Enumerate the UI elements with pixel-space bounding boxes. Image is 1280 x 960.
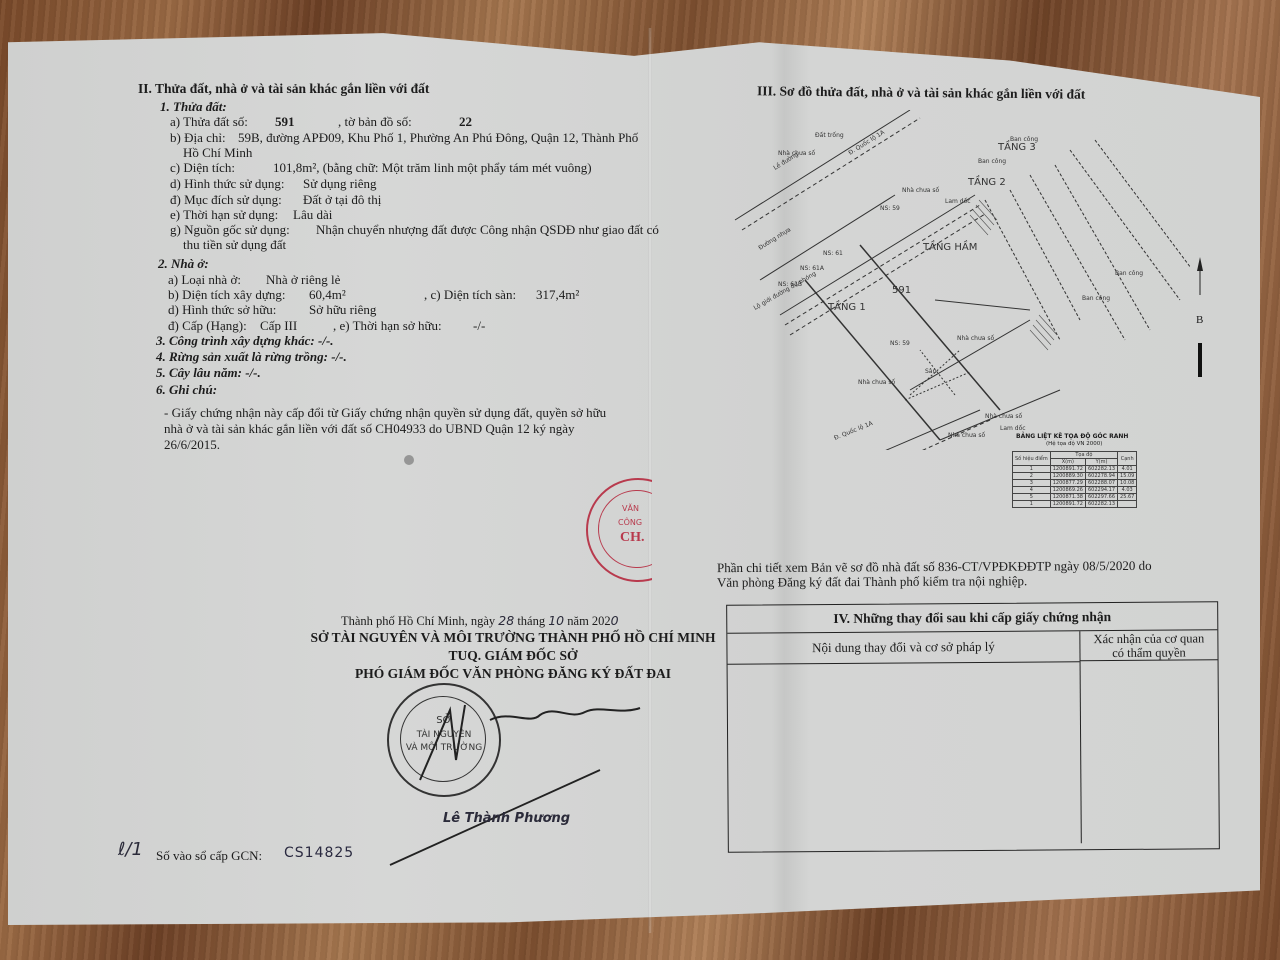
origin-label: g) Nguồn gốc sử dụng: xyxy=(170,222,290,237)
grade-label: đ) Cấp (Hạng): xyxy=(168,318,247,333)
area-value: 101,8m², (bằng chữ: Một trăm linh một ph… xyxy=(273,160,592,175)
parcel-label: a) Thửa đất số: xyxy=(170,114,248,129)
col-point: Số hiệu điểm xyxy=(1013,452,1051,466)
own-term-label: , e) Thời hạn sở hữu: xyxy=(333,318,442,333)
floor-area-value: 317,4m² xyxy=(536,287,579,302)
label-ns61: NS: 61 xyxy=(823,250,843,257)
usage-form-value: Sử dụng riêng xyxy=(303,176,377,191)
other-works: 3. Công trình xây dựng khác: -/-. xyxy=(156,333,334,348)
col-x: X(m) xyxy=(1050,459,1085,466)
label-house-6: Nhà chưa số xyxy=(948,432,985,439)
house-type-label: a) Loại nhà ở: xyxy=(168,272,241,287)
section-2-title: II. Thửa đất, nhà ở và tài sản khác gắn … xyxy=(138,81,429,96)
parcel-number: 591 xyxy=(275,114,295,129)
red-stamp-line-1: VĂN xyxy=(622,504,639,513)
registry-label: Số vào sổ cấp GCN: xyxy=(156,848,262,863)
on-behalf-of: TUQ. GIÁM ĐỐC SỞ xyxy=(297,648,729,663)
date-prefix: Thành phố Hồ Chí Minh, ngày xyxy=(341,614,495,628)
build-area-value: 60,4m² xyxy=(309,287,346,302)
label-balcony-4: Ban công xyxy=(1115,270,1143,277)
map-label: , tờ bản đồ số: xyxy=(338,114,412,129)
coord-row: 11200891.72602282.134.01 xyxy=(1013,466,1137,473)
label-ramp-1: Lam dốc xyxy=(945,198,971,205)
purpose-label: đ) Mục đích sử dụng: xyxy=(170,192,282,207)
coord-row: 41200869.26602294.174.03 xyxy=(1013,487,1137,494)
date-year-label: năm 202 xyxy=(567,614,610,628)
ink-spot xyxy=(404,455,414,465)
detail-note-line-1: Phần chi tiết xem Bản vẽ sơ đồ nhà đất s… xyxy=(717,558,1152,575)
address-line-2: Hồ Chí Minh xyxy=(183,145,252,160)
label-house-2: Nhà chưa số xyxy=(902,187,939,194)
floor-area-label: , c) Diện tích sàn: xyxy=(424,287,516,302)
col2-line-1: Xác nhận của cơ quan xyxy=(1080,631,1217,646)
label-balcony-1: Ban công xyxy=(978,158,1006,165)
usage-form-label: d) Hình thức sử dụng: xyxy=(170,176,284,191)
col-y: Y(m) xyxy=(1085,459,1117,466)
own-term-value: -/- xyxy=(473,318,485,333)
term-value: Lâu dài xyxy=(293,207,332,222)
label-basement: TẦNG HẦM xyxy=(922,239,977,253)
map-number: 22 xyxy=(459,114,472,129)
signature-date: Thành phố Hồ Chí Minh, ngày 28 tháng 10 … xyxy=(341,613,619,629)
signer-position: PHÓ GIÁM ĐỐC VĂN PHÒNG ĐĂNG KÝ ĐẤT ĐAI xyxy=(297,666,729,681)
handwritten-signature xyxy=(380,690,680,870)
purpose-value: Đất ở tại đô thị xyxy=(303,192,381,207)
coord-row: 31200877.29602288.0710.08 xyxy=(1013,480,1137,487)
build-area-label: b) Diện tích xây dựng: xyxy=(168,287,286,302)
red-stamp-line-3: CH. xyxy=(620,530,645,546)
col2-line-2: có thẩm quyền xyxy=(1080,645,1217,660)
col-edge: Cạnh xyxy=(1118,452,1137,466)
detail-note-line-2: Văn phòng Đăng ký đất đai Thành phố kiểm… xyxy=(717,573,1027,590)
label-house-5: Nhà chưa số xyxy=(985,413,1022,420)
col-change-content: Nội dung thay đổi và cơ sở pháp lý xyxy=(727,631,1079,664)
coord-row: 51200871.38602297.6625.67 xyxy=(1013,494,1137,501)
date-year-hand: 0 xyxy=(611,613,619,628)
notes-heading: 6. Ghi chú: xyxy=(156,382,217,397)
site-plan-diagram: 591 TẦNG 1 TẦNG 2 TẦNG 3 TẦNG HẦM Nhà ch… xyxy=(730,110,1190,450)
label-balcony-2: Ban công xyxy=(1010,136,1038,143)
registry-initial: ℓ/1 xyxy=(118,842,143,857)
col-authority-confirmation: Xác nhận của cơ quan có thẩm quyền xyxy=(1079,630,1217,661)
production-forest: 4. Rừng sản xuất là rừng trồng: -/-. xyxy=(156,349,347,364)
perennial-trees: 5. Cây lâu năm: -/-. xyxy=(156,365,261,380)
origin-line-1: Nhận chuyển nhượng đất được Công nhận QS… xyxy=(316,222,659,237)
ownership-value: Sở hữu riêng xyxy=(309,302,376,317)
grade-value: Cấp III xyxy=(260,318,297,333)
changes-table: IV. Những thay đổi sau khi cấp giấy chứn… xyxy=(726,601,1220,852)
house-heading: 2. Nhà ở: xyxy=(158,256,209,271)
parcel-number-label: 591 xyxy=(892,285,911,296)
address-label: b) Địa chỉ: xyxy=(170,130,226,145)
column-divider xyxy=(1080,661,1082,843)
coord-row: 11200891.72602282.13 xyxy=(1013,501,1137,508)
label-road-name-2: Đ. Quốc lộ 1A xyxy=(833,420,874,442)
term-label: e) Thời hạn sử dụng: xyxy=(170,207,278,222)
ownership-label: d) Hình thức sở hữu: xyxy=(168,302,276,317)
label-house-3: Nhà chưa số xyxy=(858,379,895,386)
label-ns59: NS: 59 xyxy=(880,205,900,212)
label-asphalt-road: Đường nhựa xyxy=(757,226,792,252)
registry-number: CS14825 xyxy=(284,846,354,861)
label-floor-2: TẦNG 2 xyxy=(967,174,1006,188)
label-vacant-land: Đất trống xyxy=(815,132,844,139)
notes-line-3: 26/6/2015. xyxy=(164,437,220,452)
address-line-1: 59B, đường APĐ09, Khu Phố 1, Phường An P… xyxy=(238,130,638,145)
coord-table-title: BẢNG LIỆT KÊ TỌA ĐỘ GÓC RANH xyxy=(1016,433,1128,440)
coord-row: 21200889.30602278.9415.09 xyxy=(1013,473,1137,480)
stamp-fold-mask xyxy=(652,470,712,590)
date-month: 10 xyxy=(548,613,564,628)
label-ramp-2: Lam dốc xyxy=(1000,425,1026,432)
col-coords: Tọa độ xyxy=(1050,452,1117,459)
label-road-boundary: Lộ giới đường dự phóng xyxy=(753,270,818,312)
area-label: c) Diện tích: xyxy=(170,160,235,175)
notes-line-2: nhà ở và tài sản khác gắn liền với đất s… xyxy=(164,421,575,436)
red-stamp-line-2: CÔNG xyxy=(618,518,642,527)
label-yard: Sân xyxy=(925,368,936,375)
issuing-agency: SỞ TÀI NGUYÊN VÀ MÔI TRƯỜNG THÀNH PHỐ HỒ… xyxy=(297,630,729,645)
notes-line-1: - Giấy chứng nhận này cấp đổi từ Giấy ch… xyxy=(164,405,606,420)
coord-table-subtitle: (Hệ tọa độ VN 2000) xyxy=(1046,441,1102,448)
label-balcony-3: Ban công xyxy=(1082,295,1110,302)
label-house-4: Nhà chưa số xyxy=(957,335,994,342)
coordinate-table: Số hiệu điểm Tọa độ Cạnh X(m) Y(m) 11200… xyxy=(1012,451,1137,508)
land-heading: 1. Thửa đất: xyxy=(160,99,227,114)
date-month-label: tháng xyxy=(517,614,545,628)
origin-line-2: thu tiền sử dụng đất xyxy=(183,237,286,252)
signer-name: Lê Thành Phương xyxy=(443,811,570,826)
label-floor-1: TẦNG 1 xyxy=(827,299,866,313)
label-ns59-b: NS: 59 xyxy=(890,340,910,347)
date-day: 28 xyxy=(498,613,514,628)
house-type-value: Nhà ở riêng lẻ xyxy=(266,272,340,287)
section-4-title: IV. Những thay đổi sau khi cấp giấy chứn… xyxy=(727,602,1217,633)
north-label: B xyxy=(1196,313,1203,328)
